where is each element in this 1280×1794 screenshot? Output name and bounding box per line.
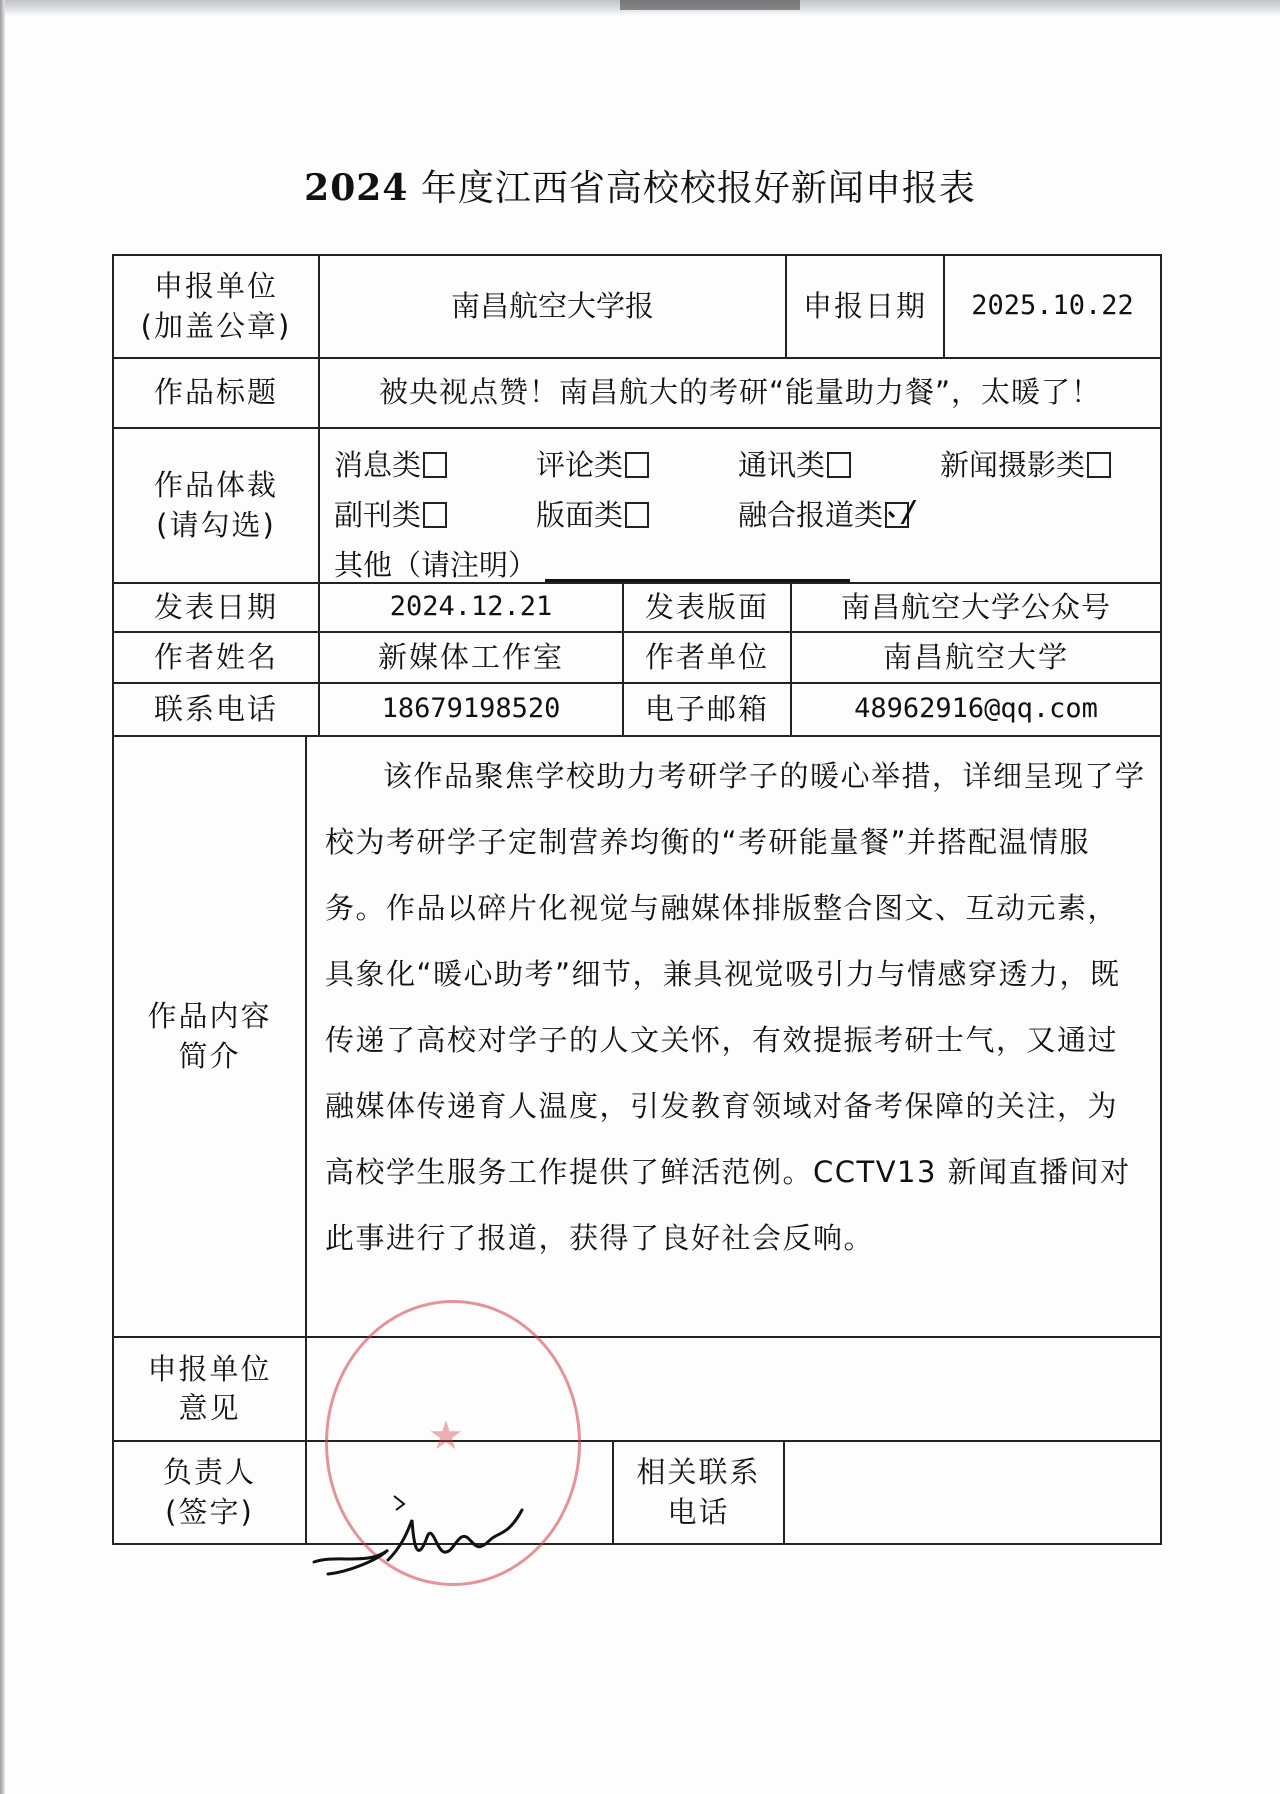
opinion-label: 申报单位 意见: [114, 1338, 307, 1440]
summary-label-line1: 作品内容: [147, 997, 271, 1036]
title-year: 2024: [304, 167, 408, 209]
row-work-title: 作品标题 被央视点赞！南昌航大的考研“能量助力餐”，太暖了！: [114, 359, 1160, 429]
publish-date-value[interactable]: 2024.12.21: [320, 584, 624, 631]
work-title-label: 作品标题: [114, 359, 320, 427]
genre-option-layout[interactable]: 版面类: [536, 496, 738, 535]
contact-phone-label-line1: 相关联系: [636, 1453, 760, 1492]
row-genre: 作品体裁 (请勾选) 消息类 评论类 通讯类 新闻摄影类 副刊类 版面类 融合报…: [114, 429, 1160, 584]
row-author: 作者姓名 新媒体工作室 作者单位 南昌航空大学: [114, 633, 1160, 684]
checkbox-icon[interactable]: [1087, 452, 1111, 478]
signature-field[interactable]: [307, 1442, 614, 1543]
responsible-label: 负责人 (签字): [114, 1442, 307, 1543]
genre-option-commentary[interactable]: 评论类: [536, 446, 738, 485]
genre-option-news[interactable]: 消息类: [334, 446, 536, 485]
summary-label: 作品内容 简介: [114, 737, 307, 1336]
responsible-label-line2: (签字): [165, 1493, 254, 1532]
applicant-label: 申报单位 (加盖公章): [114, 256, 320, 357]
photo-top-edge: [0, 0, 1280, 16]
row-contact: 联系电话 18679198520 电子邮箱 48962916@qq.com: [114, 684, 1160, 737]
genre-option-label: 副刊类: [334, 498, 421, 532]
checkbox-checked-icon[interactable]: [885, 502, 909, 528]
row-applicant: 申报单位 (加盖公章) 南昌航空大学报 申报日期 2025.10.22: [114, 256, 1160, 359]
author-unit-label: 作者单位: [624, 633, 792, 682]
opinion-label-line2: 意见: [178, 1389, 240, 1428]
genre-option-photo[interactable]: 新闻摄影类: [940, 446, 1111, 485]
row-publish: 发表日期 2024.12.21 发表版面 南昌航空大学公众号: [114, 584, 1160, 633]
genre-option-label: 通讯类: [738, 448, 825, 482]
checkbox-icon[interactable]: [625, 452, 649, 478]
applicant-label-line1: 申报单位: [154, 267, 278, 306]
genre-option-label: 消息类: [334, 448, 421, 482]
genre-option-label: 融合报道类: [738, 498, 883, 532]
genre-label: 作品体裁 (请勾选): [114, 429, 320, 582]
checkbox-icon[interactable]: [827, 452, 851, 478]
photo-left-edge: [0, 0, 5, 1794]
email-value[interactable]: 48962916@qq.com: [792, 684, 1160, 735]
publish-section-label: 发表版面: [624, 584, 792, 631]
apply-date-value[interactable]: 2025.10.22: [945, 256, 1160, 357]
work-title-value[interactable]: 被央视点赞！南昌航大的考研“能量助力餐”，太暖了！: [320, 359, 1160, 427]
title-text: 年度江西省高校校报好新闻申报表: [408, 168, 975, 209]
phone-value[interactable]: 18679198520: [320, 684, 624, 735]
publish-date-label: 发表日期: [114, 584, 320, 631]
checkbox-icon[interactable]: [423, 502, 447, 528]
author-unit-value[interactable]: 南昌航空大学: [792, 633, 1160, 682]
row-summary: 作品内容 简介 该作品聚焦学校助力考研学子的暖心举措，详细呈现了学校为考研学子定…: [114, 737, 1160, 1338]
genre-label-line1: 作品体裁: [154, 466, 278, 505]
contact-phone-label-line2: 电话: [667, 1493, 729, 1532]
summary-text-area[interactable]: 该作品聚焦学校助力考研学子的暖心举措，详细呈现了学校为考研学子定制营养均衡的“考…: [307, 737, 1160, 1336]
apply-date-label: 申报日期: [787, 256, 945, 357]
row-responsible: 负责人 (签字) 相关联系 电话: [114, 1442, 1160, 1543]
row-opinion: 申报单位 意见: [114, 1338, 1160, 1442]
genre-other-label: 其他（请注明）: [334, 546, 537, 585]
applicant-value[interactable]: 南昌航空大学报: [320, 256, 787, 357]
application-form: 申报单位 (加盖公章) 南昌航空大学报 申报日期 2025.10.22 作品标题…: [112, 254, 1162, 1545]
applicant-label-line2: (加盖公章): [141, 307, 292, 346]
genre-option-feature[interactable]: 通讯类: [738, 446, 940, 485]
author-name-value[interactable]: 新媒体工作室: [320, 633, 624, 682]
genre-options: 消息类 评论类 通讯类 新闻摄影类 副刊类 版面类 融合报道类 其他（请注明）: [320, 429, 1160, 582]
opinion-value[interactable]: [307, 1338, 1160, 1440]
summary-label-line2: 简介: [178, 1037, 240, 1076]
genre-option-label: 评论类: [536, 448, 623, 482]
genre-option-label: 版面类: [536, 498, 623, 532]
author-name-label: 作者姓名: [114, 633, 320, 682]
opinion-label-line1: 申报单位: [147, 1350, 271, 1389]
phone-label: 联系电话: [114, 684, 320, 735]
page-title: 2024 年度江西省高校校报好新闻申报表: [0, 160, 1280, 211]
summary-text: 该作品聚焦学校助力考研学子的暖心举措，详细呈现了学校为考研学子定制营养均衡的“考…: [325, 743, 1146, 1271]
publish-section-value[interactable]: 南昌航空大学公众号: [792, 584, 1160, 631]
genre-option-label: 新闻摄影类: [940, 448, 1085, 482]
genre-option-supplement[interactable]: 副刊类: [334, 496, 536, 535]
email-label: 电子邮箱: [624, 684, 792, 735]
checkbox-icon[interactable]: [625, 502, 649, 528]
genre-label-line2: (请勾选): [156, 506, 276, 545]
contact-phone-label: 相关联系 电话: [614, 1442, 785, 1543]
contact-phone-value[interactable]: [785, 1442, 1160, 1543]
genre-other-field[interactable]: [545, 551, 850, 582]
checkbox-icon[interactable]: [423, 452, 447, 478]
responsible-label-line1: 负责人: [163, 1453, 256, 1492]
genre-option-convergence[interactable]: 融合报道类: [738, 496, 909, 535]
